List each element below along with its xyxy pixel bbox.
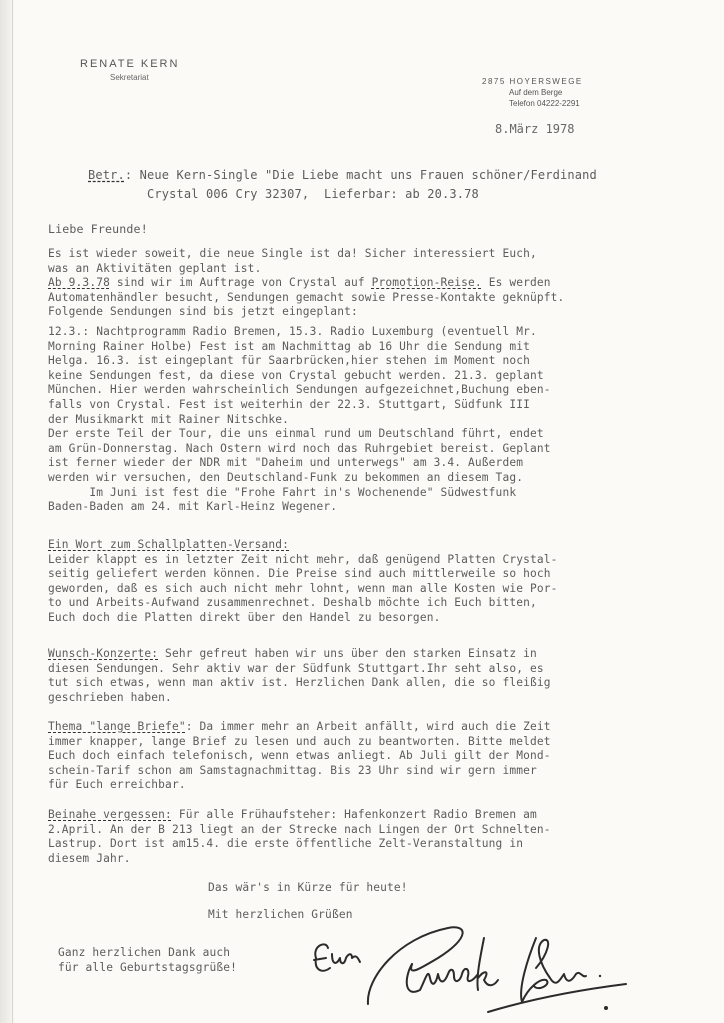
promo-text: sind wir im Auftrage von Crystal auf bbox=[110, 276, 372, 289]
section-line: Euch doch einfach telefonisch, wenn etwa… bbox=[48, 749, 551, 762]
section-line: tut sich etwas, wenn man aktiv ist. Herz… bbox=[48, 676, 551, 689]
letterhead-address: 2875 HOYERSWEGE Auf dem Berge Telefon 04… bbox=[482, 76, 583, 109]
schedule-paragraph: 12.3.: Nachtprogramm Radio Bremen, 15.3.… bbox=[48, 325, 551, 515]
section-line: diesen Sendungen. Sehr aktiv war der Süd… bbox=[48, 662, 544, 675]
intro-line: was an Aktivitäten geplant ist. bbox=[48, 262, 261, 275]
promo-label: Promotion-Reise. bbox=[372, 276, 482, 289]
subject-line-1: : Neue Kern-Single "Die Liebe macht uns … bbox=[125, 168, 597, 182]
schedule-line: Helga. 16.3. ist eingeplant für Saarbrüc… bbox=[48, 354, 530, 367]
schedule-line: der Musikmarkt mit Rainer Nitschke. bbox=[48, 413, 289, 426]
schedule-line: werden wir versuchen, den Deutschland-Fu… bbox=[48, 471, 523, 484]
section-heading: Wunsch-Konzerte: bbox=[48, 647, 158, 660]
address-street: Auf dem Berge bbox=[509, 87, 583, 98]
section-line: Euch doch die Platten direkt über den Ha… bbox=[48, 611, 440, 624]
schedule-line: ist ferner wieder der NDR mit "Daheim un… bbox=[48, 456, 523, 469]
postscript-line: für alle Geburtstagsgrüße! bbox=[58, 961, 237, 974]
schedule-line: falls von Crystal. Fest ist weiterhin de… bbox=[48, 398, 530, 411]
schedule-line: 12.3.: Nachtprogramm Radio Bremen, 15.3.… bbox=[48, 325, 537, 338]
section-line: 2.April. An der B 213 liegt an der Strec… bbox=[48, 823, 551, 836]
promo-date: Ab 9.3.78 bbox=[48, 276, 110, 289]
section-heading: Beinahe vergessen: bbox=[48, 808, 172, 821]
schedule-line: Baden-Baden am 24. mit Karl-Heinz Wegene… bbox=[48, 500, 337, 513]
address-phone: Telefon 04222-2291 bbox=[509, 98, 583, 109]
section-record-shipping: Ein Wort zum Schallplatten-Versand: Leid… bbox=[48, 538, 558, 626]
section-request-concerts: Wunsch-Konzerte: Sehr gefreut haben wir … bbox=[48, 647, 551, 705]
section-line: Für alle Frühaufsteher: Hafenkonzert Rad… bbox=[172, 808, 537, 821]
closing-line: Das wär's in Kürze für heute! bbox=[208, 881, 408, 896]
section-line: geworden, daß es sich auch nicht mehr lo… bbox=[48, 582, 558, 595]
section-line: diesem Jahr. bbox=[48, 852, 131, 865]
schedule-line: Im Juni ist fest die "Frohe Fahrt in's W… bbox=[48, 486, 516, 499]
section-line: seitig geliefert werden können. Die Prei… bbox=[48, 567, 551, 580]
subject-line-2: Crystal 006 Cry 32307, Lieferbar: ab 20.… bbox=[147, 187, 479, 201]
intro-paragraph: Es ist wieder soweit, die neue Single is… bbox=[48, 247, 564, 320]
schedule-line: Der erste Teil der Tour, die uns einmal … bbox=[48, 427, 544, 440]
section-almost-forgotten: Beinahe vergessen: Für alle Frühaufstehe… bbox=[48, 808, 551, 866]
schedule-line: Morning Rainer Holbe) Fest ist am Nachmi… bbox=[48, 340, 530, 353]
sender-department: Sekretariat bbox=[110, 73, 179, 82]
letterhead-sender: RENATE KERN Sekretariat bbox=[80, 58, 179, 82]
section-heading: Thema "lange Briefe" bbox=[48, 720, 186, 733]
section-line: Sehr gefreut haben wir uns über den star… bbox=[158, 647, 537, 660]
schedule-line: München. Hier werden wahrscheinlich Send… bbox=[48, 383, 551, 396]
subject-block: Betr.: Neue Kern-Single "Die Liebe macht… bbox=[88, 166, 597, 204]
letter-date: 8.März 1978 bbox=[495, 122, 574, 136]
postscript-line: Ganz herzlichen Dank auch bbox=[58, 946, 230, 959]
handwritten-signature bbox=[308, 918, 628, 1018]
promo-text: Es werden bbox=[482, 276, 551, 289]
section-line: immer knapper, lange Brief zu lesen und … bbox=[48, 735, 551, 748]
postscript: Ganz herzlichen Dank auch für alle Gebur… bbox=[58, 946, 237, 975]
paper-edge-line bbox=[12, 0, 13, 1023]
salutation: Liebe Freunde! bbox=[48, 222, 148, 237]
section-line: für Euch erreichbar. bbox=[48, 778, 186, 791]
section-line: schein-Tarif schon am Samstagnachmittag.… bbox=[48, 764, 537, 777]
promo-line: Folgende Sendungen sind bis jetzt eingep… bbox=[48, 305, 358, 318]
section-heading: Ein Wort zum Schallplatten-Versand: bbox=[48, 538, 289, 551]
section-line: geschrieben haben. bbox=[48, 691, 172, 704]
intro-line: Es ist wieder soweit, die neue Single is… bbox=[48, 247, 537, 260]
section-line: Leider klappt es in letzter Zeit nicht m… bbox=[48, 553, 558, 566]
schedule-line: keine Sendungen fest, da diese von Cryst… bbox=[48, 369, 544, 382]
sender-name: RENATE KERN bbox=[80, 58, 179, 70]
promo-line: Automatenhändler besucht, Sendungen gema… bbox=[48, 291, 564, 304]
section-long-letters: Thema "lange Briefe": Da immer mehr an A… bbox=[48, 720, 551, 793]
section-line: : Da immer mehr an Arbeit anfällt, wird … bbox=[186, 720, 551, 733]
address-city: 2875 HOYERSWEGE bbox=[482, 76, 583, 87]
section-line: Lastrup. Dort ist am15.4. die erste öffe… bbox=[48, 837, 523, 850]
subject-label: Betr. bbox=[88, 168, 125, 182]
section-line: to und Arbeits-Aufwand zusammenrechnet. … bbox=[48, 596, 537, 609]
schedule-line: am Grün-Donnerstag. Nach Ostern wird noc… bbox=[48, 442, 551, 455]
